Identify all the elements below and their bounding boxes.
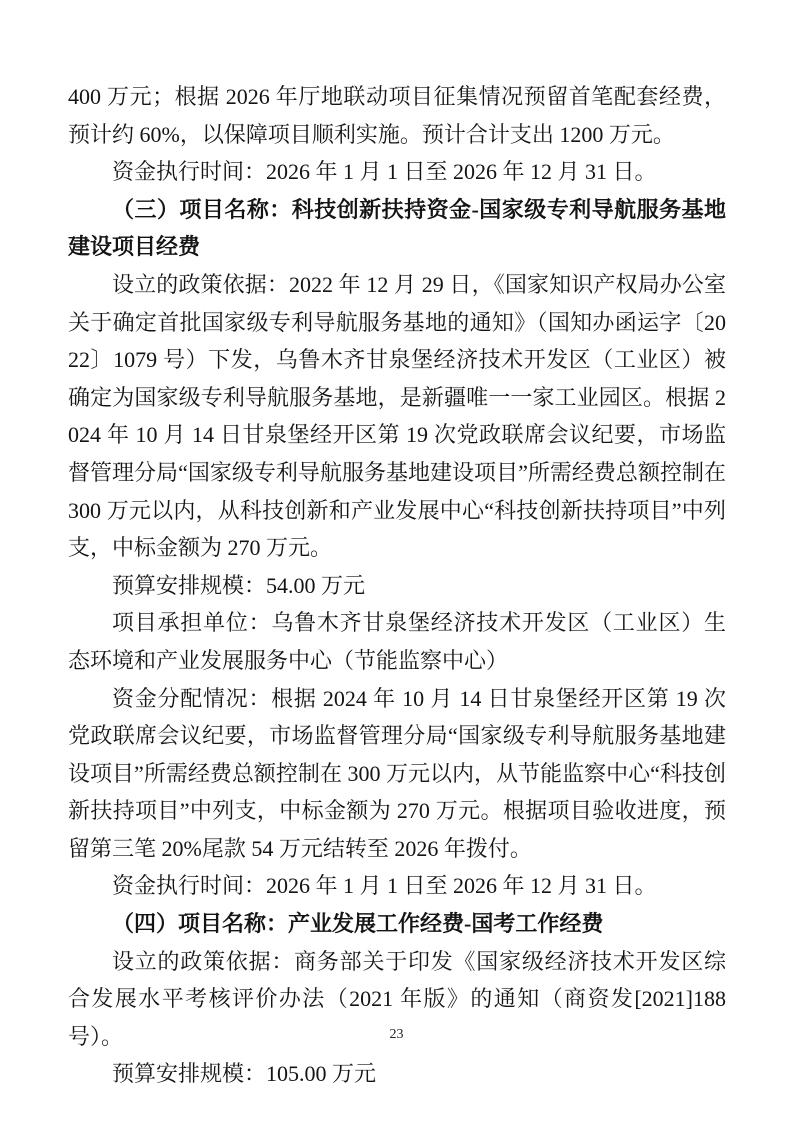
- paragraph: 资金分配情况：根据 2024 年 10 月 14 日甘泉堡经开区第 19 次党政…: [68, 680, 726, 868]
- page-number: 23: [0, 1026, 793, 1044]
- paragraph: 资金执行时间：2026 年 1 月 1 日至 2026 年 12 月 31 日。: [68, 153, 726, 191]
- section-heading: （四）项目名称：产业发展工作经费-国考工作经费: [68, 905, 726, 943]
- paragraph: 400 万元；根据 2026 年厅地联动项目征集情况预留首笔配套经费，预计约 6…: [68, 78, 726, 153]
- document-body: 400 万元；根据 2026 年厅地联动项目征集情况预留首笔配套经费，预计约 6…: [68, 78, 726, 1093]
- paragraph: 预算安排规模：54.00 万元: [68, 567, 726, 605]
- section-heading: （三）项目名称：科技创新扶持资金-国家级专利导航服务基地建设项目经费: [68, 191, 726, 266]
- paragraph: 资金执行时间：2026 年 1 月 1 日至 2026 年 12 月 31 日。: [68, 867, 726, 905]
- paragraph: 预算安排规模：105.00 万元: [68, 1055, 726, 1093]
- paragraph: 设立的政策依据：2022 年 12 月 29 日，《国家知识产权局办公室关于确定…: [68, 266, 726, 567]
- paragraph: 项目承担单位：乌鲁木齐甘泉堡经济技术开发区（工业区）生态环境和产业发展服务中心（…: [68, 604, 726, 679]
- document-page: 400 万元；根据 2026 年厅地联动项目征集情况预留首笔配套经费，预计约 6…: [0, 0, 793, 1122]
